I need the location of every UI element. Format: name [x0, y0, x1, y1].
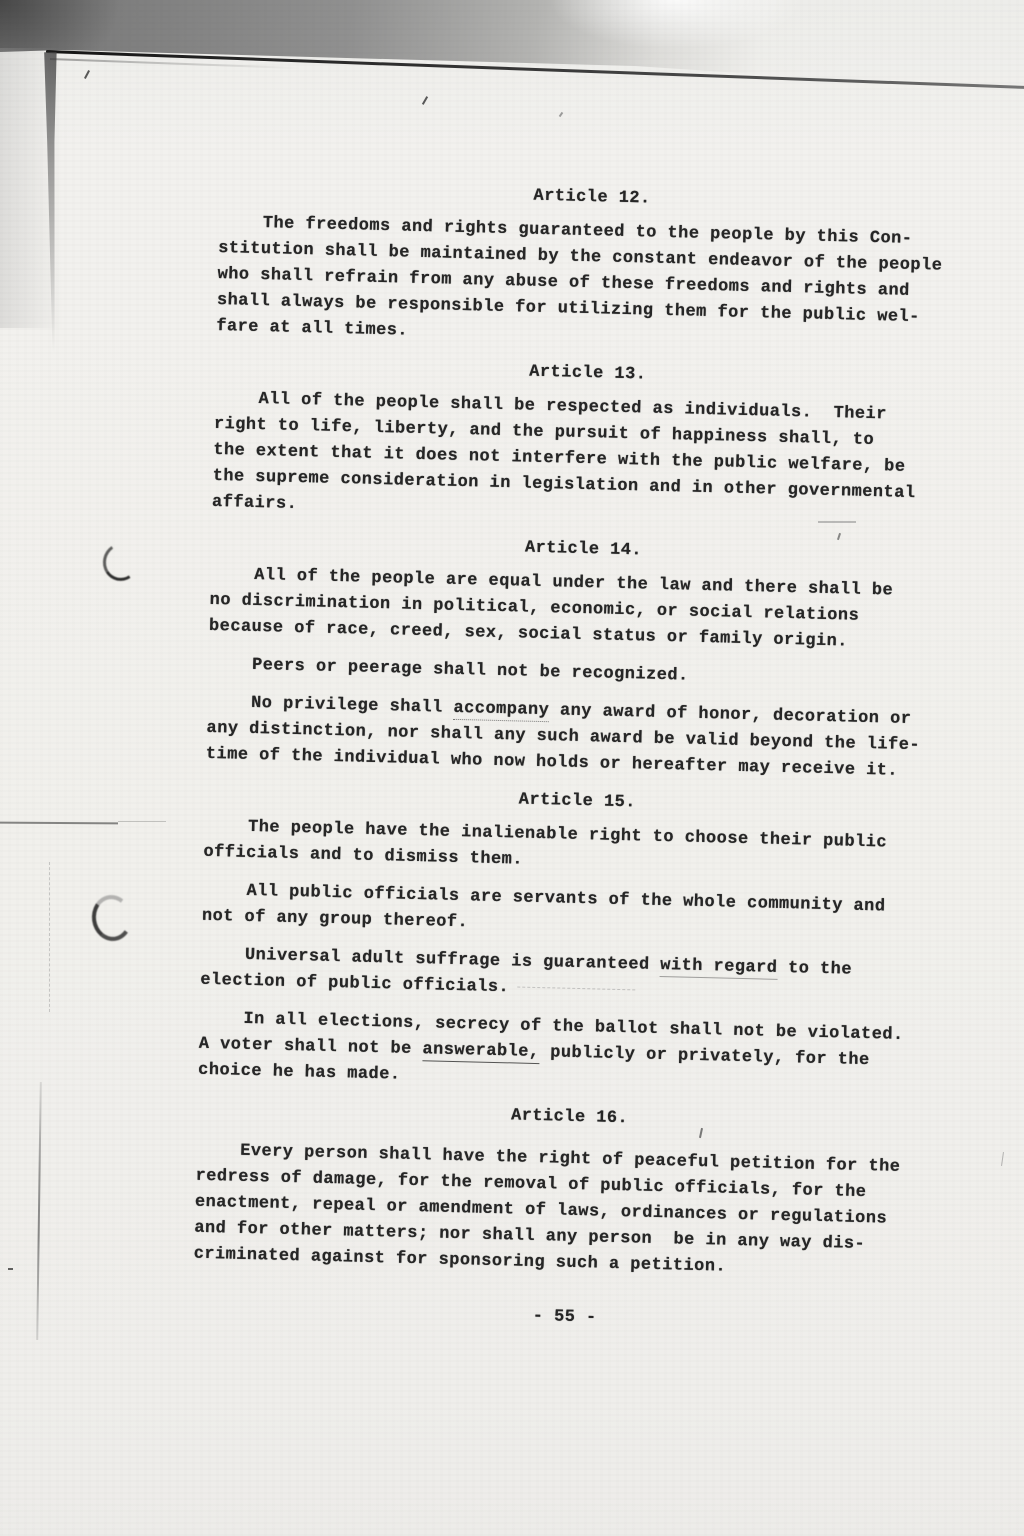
scan-speck	[1001, 1152, 1004, 1166]
article-14-paragraph-2: Peers or peerage shall not be recognized…	[208, 652, 953, 696]
article-14-paragraph-3: No privilege shall accompany any award o…	[206, 690, 953, 786]
article-12-paragraph: The freedoms and rights guaranteed to th…	[216, 210, 964, 358]
line-segment: publicly or privately, for the	[539, 1043, 870, 1070]
article-15-paragraph-4: In all elections, secrecy of the ballot …	[198, 1006, 945, 1102]
fold-crease-line	[36, 1082, 42, 1340]
page-number: - 55 -	[192, 1296, 937, 1340]
article-15-paragraph-1: The people have the inalienable right to…	[203, 814, 949, 884]
scan-line-artifact	[0, 822, 118, 825]
article-15-paragraph-3: Universal adult suffrage is guaranteed w…	[200, 942, 946, 1012]
underlined-word: with regard	[660, 956, 778, 980]
article-16-paragraph: Every person shall have the right of pea…	[193, 1138, 941, 1286]
article-15-paragraph-2: All public officials are servants of the…	[202, 878, 948, 948]
line-segment: No privilege shall	[251, 694, 454, 718]
hole-punch-mark	[89, 892, 135, 943]
left-margin-shadow	[0, 48, 62, 328]
underlined-word: answerable,	[422, 1040, 540, 1064]
line-segment: A voter shall not be	[199, 1035, 423, 1059]
typed-text-block: Article 12. The freedoms and rights guar…	[192, 176, 965, 1340]
scan-speck	[422, 96, 428, 105]
underlined-word: accompany	[453, 699, 549, 722]
scan-speck	[8, 1268, 13, 1270]
text-line: Peers or peerage shall not be recognized…	[208, 652, 953, 696]
article-14-paragraph-1: All of the people are equal under the la…	[209, 562, 956, 658]
scan-line-artifact	[118, 821, 166, 822]
hole-punch-mark	[99, 540, 142, 585]
line-segment: to the	[777, 959, 852, 980]
article-13-paragraph: All of the people shall be respected as …	[212, 386, 960, 534]
scan-speck	[84, 70, 90, 79]
scanned-document-page: Article 12. The freedoms and rights guar…	[0, 0, 1024, 1536]
fold-crease-line	[49, 862, 51, 1012]
article-16-heading: Article 16.	[197, 1096, 942, 1140]
scan-speck	[559, 112, 564, 117]
scanner-background-band	[0, 0, 1024, 100]
